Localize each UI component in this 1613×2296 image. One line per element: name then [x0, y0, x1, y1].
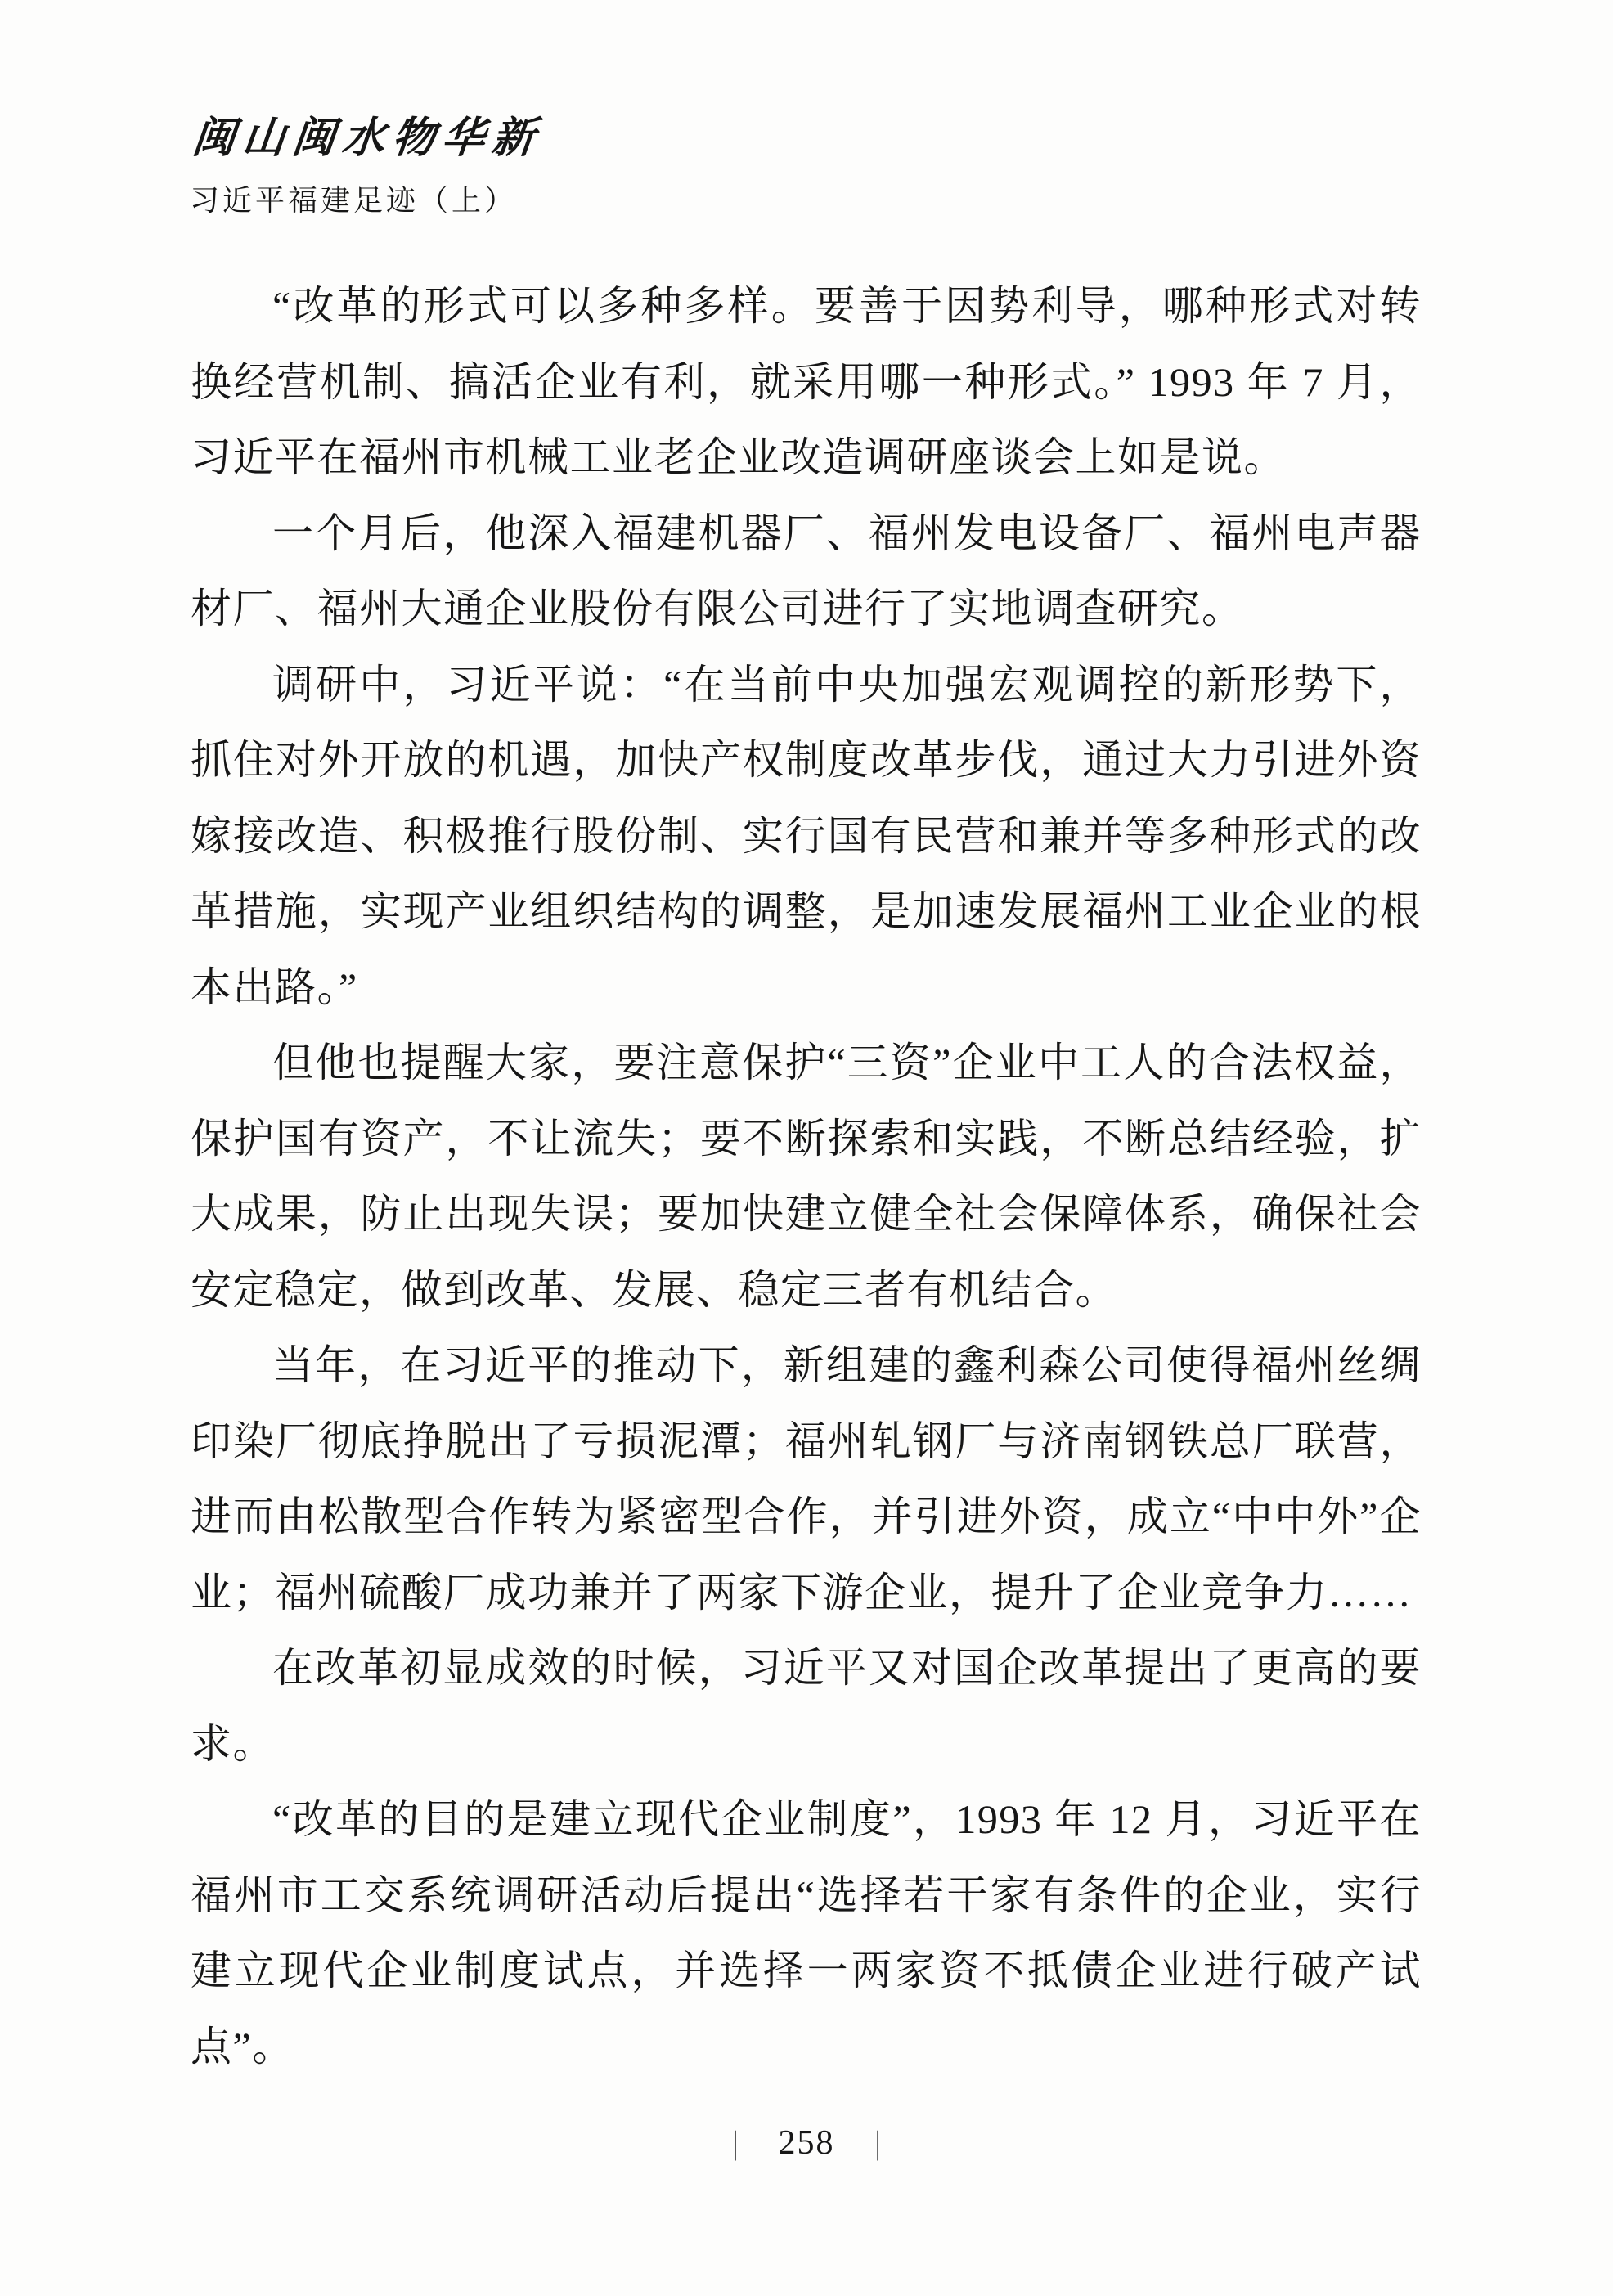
body-text: “改革的形式可以多种多样。要善于因势利导，哪种形式对转换经营机制、搞活企业有利，… [191, 268, 1422, 2084]
page-footer: | 258 | [0, 2123, 1613, 2163]
paragraph: 当年，在习近平的推动下，新组建的鑫利森公司使得福州丝绸印染厂彻底挣脱出了亏损泥潭… [191, 1328, 1422, 1630]
page-number: 258 [779, 2123, 835, 2163]
page-header: 闽山闽水物华新 习近平福建足迹（上） [190, 103, 539, 219]
paragraph: “改革的形式可以多种多样。要善于因势利导，哪种形式对转换经营机制、搞活企业有利，… [191, 268, 1422, 496]
paragraph: 一个月后，他深入福建机器厂、福州发电设备厂、福州电声器材厂、福州大通企业股份有限… [191, 496, 1422, 647]
folio-left-bar: | [733, 2123, 738, 2162]
book-page: 闽山闽水物华新 习近平福建足迹（上） “改革的形式可以多种多样。要善于因势利导，… [0, 0, 1613, 2296]
series-title-calligraphy: 闽山闽水物华新 [190, 103, 546, 164]
book-subtitle: 习近平福建足迹（上） [190, 177, 539, 219]
paragraph: 但他也提醒大家，要注意保护“三资”企业中工人的合法权益，保护国有资产，不让流失；… [191, 1025, 1422, 1328]
paragraph: 调研中，习近平说：“在当前中央加强宏观调控的新形势下，抓住对外开放的机遇，加快产… [191, 647, 1422, 1026]
folio-right-bar: | [875, 2123, 880, 2162]
paragraph: “改革的目的是建立现代企业制度”，1993 年 12 月，习近平在福州市工交系统… [191, 1782, 1422, 2084]
paragraph: 在改革初显成效的时候，习近平又对国企改革提出了更高的要求。 [191, 1630, 1422, 1782]
